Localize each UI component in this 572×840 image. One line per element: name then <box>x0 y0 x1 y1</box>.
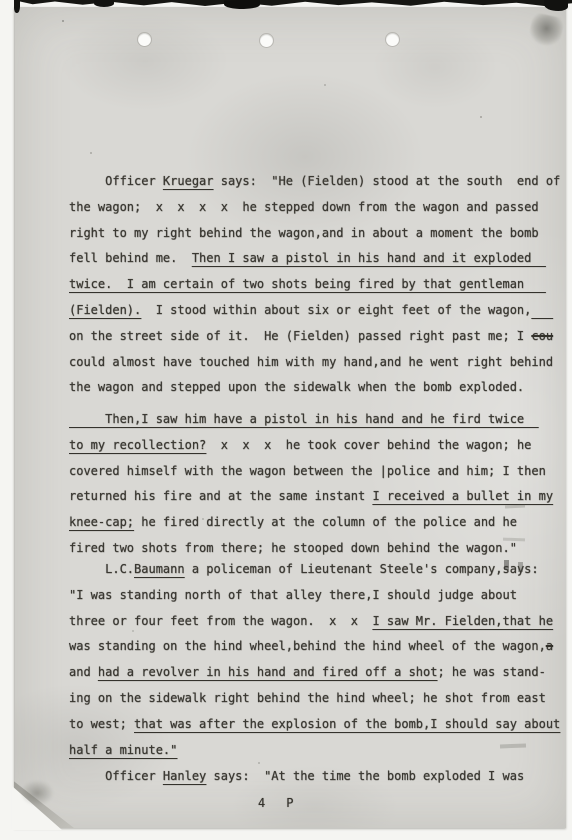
text-line: covered himself with the wagon between t… <box>69 459 569 485</box>
text-line: half a minute." <box>69 738 569 764</box>
text-segment: says: "At the time the bomb exploded I w… <box>206 769 524 783</box>
text-segment: Officer <box>69 769 163 783</box>
struck-text: a <box>546 639 553 653</box>
underlined-text: had a revolver in his hand and fired off… <box>98 665 438 679</box>
text-line: was standing on the hind wheel,behind th… <box>69 634 569 660</box>
scanned-page: Officer Kruegar says: "He (Fielden) stoo… <box>14 7 566 828</box>
page-number: 4 <box>258 796 265 810</box>
text-line: Officer Hanley says: "At the time the bo… <box>69 764 569 790</box>
text-segment: three or four feet from the wagon. x x <box>69 614 372 628</box>
text-line: knee-cap; he fired directly at the colum… <box>69 510 569 536</box>
text-line: L.C.Baumann a policeman of Lieutenant St… <box>69 557 569 583</box>
underlined-text: Baumann <box>134 562 185 576</box>
text-segment: returned his fire and at the same instan… <box>69 489 372 503</box>
struck-text: cou <box>531 329 553 343</box>
text-line: to my recollection? x x x he took cover … <box>69 433 569 459</box>
text-line: ing on the sidewalk right behind the hin… <box>69 686 569 712</box>
text-segment: ; he was stand- <box>437 665 545 679</box>
ink-smudge <box>527 12 565 50</box>
text-segment: covered himself with the wagon between t… <box>69 464 546 478</box>
text-line: could almost have touched him with my ha… <box>69 350 569 376</box>
underlined-text: twice. I am certain of two shots being f… <box>69 277 546 291</box>
text-line: to west; that was after the explosion of… <box>69 712 569 738</box>
text-segment: on the street side of it. He (Fielden) p… <box>69 329 531 343</box>
text-line: twice. I am certain of two shots being f… <box>69 272 569 298</box>
underlined-text: I received a bullet in my <box>372 489 553 503</box>
underlined-text: Hanley <box>163 769 206 783</box>
text-line: three or four feet from the wagon. x x I… <box>69 609 569 635</box>
underlined-text: (Fielden). <box>69 303 141 317</box>
text-segment: right to my right behind the wagon,and i… <box>69 226 539 240</box>
paragraph: Then,I saw him have a pistol in his hand… <box>69 407 569 562</box>
text-segment: was standing on the hind wheel,behind th… <box>69 639 546 653</box>
footer-mark: P <box>286 796 293 810</box>
underlined-text: knee-cap; <box>69 515 134 529</box>
page-footer: 4P <box>258 796 293 810</box>
text-line: Then,I saw him have a pistol in his hand… <box>69 407 569 433</box>
text-segment: says: "He (Fielden) stood at the south e… <box>214 174 561 188</box>
scan-edge-blob <box>14 0 20 13</box>
text-segment: Officer <box>69 174 163 188</box>
text-segment: and <box>69 665 98 679</box>
text-segment: ing on the sidewalk right behind the hin… <box>69 691 546 705</box>
scan-edge-blob <box>94 0 114 7</box>
text-line: the wagon; x x x x he stepped down from … <box>69 195 569 221</box>
text-line: returned his fire and at the same instan… <box>69 484 569 510</box>
folded-corner-stain <box>20 780 54 806</box>
text-line: Officer Kruegar says: "He (Fielden) stoo… <box>69 169 569 195</box>
text-line: on the street side of it. He (Fielden) p… <box>69 324 569 350</box>
punch-hole <box>386 33 399 46</box>
text-segment: I stood within about six or eight feet o… <box>141 303 531 317</box>
stray-mark <box>504 560 509 570</box>
underlined-text: that was after the explosion of the bomb… <box>134 717 560 731</box>
underlined-text: Kruegar <box>163 174 214 188</box>
text-segment: the wagon and stepped upon the sidewalk … <box>69 380 524 394</box>
text-line: "I was standing north of that alley ther… <box>69 583 569 609</box>
paragraph: L.C.Baumann a policeman of Lieutenant St… <box>69 557 569 763</box>
underlined-text: half a minute." <box>69 743 177 757</box>
paragraph: Officer Kruegar says: "He (Fielden) stoo… <box>69 169 569 401</box>
text-segment: L.C. <box>69 562 134 576</box>
text-segment: could almost have touched him with my ha… <box>69 355 553 369</box>
punch-hole <box>260 34 273 47</box>
underlined-text: Then,I saw him have a pistol in his hand… <box>69 412 539 426</box>
text-segment: fell behind me. <box>69 251 192 265</box>
paragraph: Officer Hanley says: "At the time the bo… <box>69 764 569 790</box>
text-segment: to west; <box>69 717 134 731</box>
text-segment: "I was standing north of that alley ther… <box>69 588 517 602</box>
text-segment: the wagon; x x x x he stepped down from … <box>69 200 539 214</box>
underlined-text: I saw Mr. Fielden,that he <box>372 614 553 628</box>
text-line: right to my right behind the wagon,and i… <box>69 221 569 247</box>
text-segment: a policeman of Lieutenant Steele's compa… <box>185 562 539 576</box>
text-segment: x x x he took cover behind the wagon; he <box>206 438 531 452</box>
text-segment: fired two shots from there; he stooped d… <box>69 541 517 555</box>
text-segment: he fired directly at the column of the p… <box>134 515 517 529</box>
underlined-text <box>531 303 553 317</box>
underlined-text: Then I saw a pistol in his hand and it e… <box>192 251 546 265</box>
underlined-text: to my recollection? <box>69 438 206 452</box>
text-line: the wagon and stepped upon the sidewalk … <box>69 375 569 401</box>
text-line: fell behind me. Then I saw a pistol in h… <box>69 246 569 272</box>
punch-hole <box>138 33 151 46</box>
text-line: (Fielden). I stood within about six or e… <box>69 298 569 324</box>
dust-specks <box>62 20 64 22</box>
text-line: and had a revolver in his hand and fired… <box>69 660 569 686</box>
